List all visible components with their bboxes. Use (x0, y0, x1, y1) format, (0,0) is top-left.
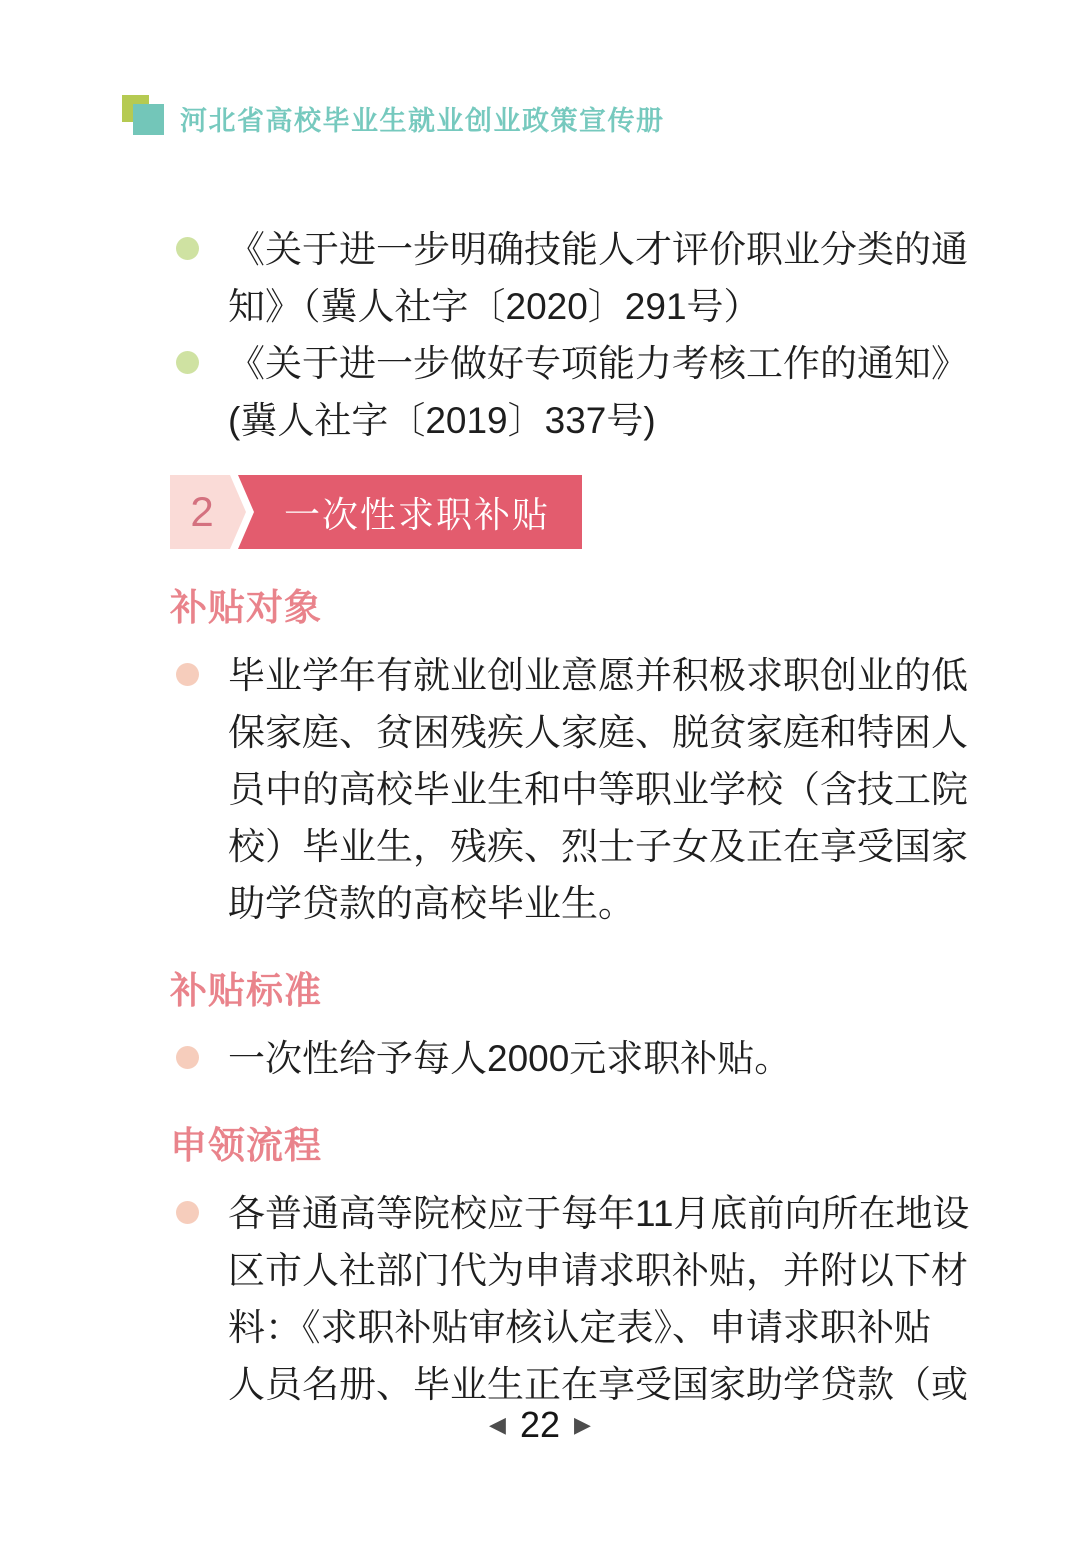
subsection-heading: 补贴对象 (170, 585, 1080, 631)
reference-item: 《关于进一步明确技能人才评价职业分类的通 知》（冀人社字〔2020〕291号） (170, 221, 970, 335)
paragraph-line: 保家庭、贫困残疾人家庭、脱贫家庭和特困人 (228, 704, 970, 761)
page-header: 河北省高校毕业生就业创业政策宣传册 (122, 95, 1080, 141)
brochure-title: 河北省高校毕业生就业创业政策宣传册 (180, 99, 665, 138)
paragraph-line: 毕业学年有就业创业意愿并积极求职创业的低 (228, 647, 970, 704)
prev-page-icon: ◀ (489, 1414, 506, 1436)
paragraph-line: 各普通高等院校应于每年11月底前向所在地设 (228, 1185, 970, 1242)
bullet-dot-icon (176, 351, 199, 374)
policy-paragraph: 毕业学年有就业创业意愿并积极求职创业的低 保家庭、贫困残疾人家庭、脱贫家庭和特困… (170, 647, 970, 932)
reference-line: 《关于进一步明确技能人才评价职业分类的通 (228, 221, 970, 278)
page-number: 22 (520, 1404, 560, 1446)
paragraph-line: 员中的高校毕业生和中等职业学校（含技工院 (228, 761, 970, 818)
policy-paragraph: 各普通高等院校应于每年11月底前向所在地设 区市人社部门代为申请求职补贴，并附以… (170, 1185, 970, 1413)
paragraph-line: 助学贷款的高校毕业生。 (228, 875, 970, 932)
bullet-dot-icon (176, 237, 199, 260)
paragraph-line: 区市人社部门代为申请求职补贴，并附以下材 (228, 1242, 970, 1299)
bullet-dot-icon (176, 1201, 199, 1224)
bullet-dot-icon (176, 1046, 199, 1069)
reference-item: 《关于进一步做好专项能力考核工作的通知》 (冀人社字〔2019〕337号) (170, 335, 970, 449)
section-badge: 2 一次性求职补贴 (170, 475, 1080, 549)
subsection-body: 各普通高等院校应于每年11月底前向所在地设 区市人社部门代为申请求职补贴，并附以… (170, 1185, 970, 1413)
paragraph-line: 校）毕业生，残疾、烈士子女及正在享受国家 (228, 818, 970, 875)
next-page-icon: ▶ (574, 1414, 591, 1436)
paragraph-line: 料：《求职补贴审核认定表》、申请求职补贴 (228, 1299, 970, 1356)
subsection-heading: 补贴标准 (170, 968, 1080, 1014)
reference-line: 《关于进一步做好专项能力考核工作的通知》 (228, 335, 970, 392)
subsection-body: 毕业学年有就业创业意愿并积极求职创业的低 保家庭、贫困残疾人家庭、脱贫家庭和特困… (170, 647, 970, 932)
paragraph-line: 一次性给予每人2000元求职补贴。 (228, 1030, 970, 1087)
policy-paragraph: 一次性给予每人2000元求职补贴。 (170, 1030, 970, 1087)
subsection-heading: 申领流程 (170, 1123, 1080, 1169)
brochure-page: 河北省高校毕业生就业创业政策宣传册 《关于进一步明确技能人才评价职业分类的通 知… (0, 0, 1080, 1546)
overlapping-squares-icon (122, 95, 170, 141)
reference-list: 《关于进一步明确技能人才评价职业分类的通 知》（冀人社字〔2020〕291号） … (170, 221, 970, 449)
page-footer: ◀ 22 ▶ (0, 1404, 1080, 1446)
section-title: 一次性求职补贴 (238, 475, 582, 549)
reference-line: (冀人社字〔2019〕337号) (228, 392, 970, 449)
subsection-body: 一次性给予每人2000元求职补贴。 (170, 1030, 970, 1087)
reference-line: 知》（冀人社字〔2020〕291号） (228, 278, 970, 335)
bullet-dot-icon (176, 663, 199, 686)
section-number: 2 (170, 475, 246, 549)
